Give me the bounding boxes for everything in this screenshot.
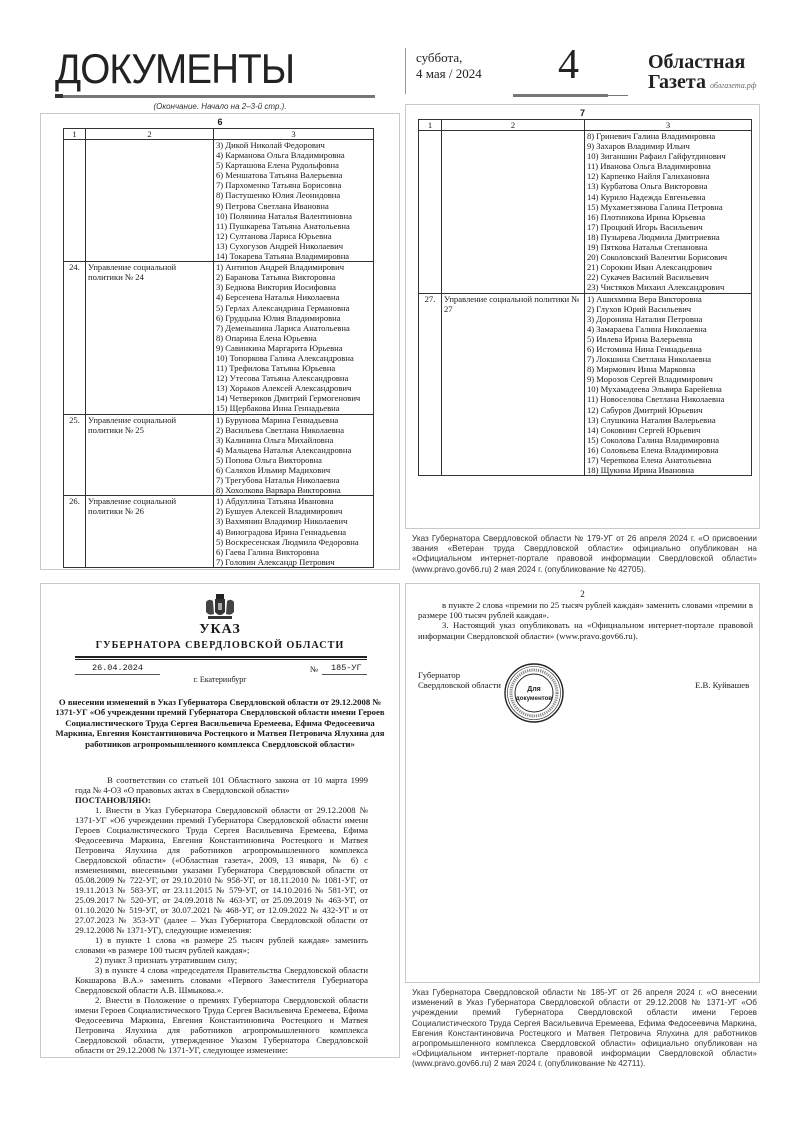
- awardee-name: 5) Воскресенская Людмила Федоровна: [216, 537, 371, 547]
- awardee-name: 14) Четвериков Дмитрий Гермогенович: [216, 393, 371, 403]
- header-divider: [405, 48, 406, 94]
- awardee-name: 14) Соковнин Сергей Юрьевич: [587, 425, 749, 435]
- awardee-name: 2) Васильева Светлана Николаевна: [216, 425, 371, 435]
- header-rule-accent: [55, 94, 63, 98]
- issue-weekday: суббота,: [416, 50, 482, 66]
- awardee-name: 9) Савинкина Маргарита Юрьевна: [216, 343, 371, 353]
- table-row: 3) Дикой Николай Федорович4) Карманова О…: [64, 140, 374, 262]
- awardee-name: 2) Глухов Юрий Васильевич: [587, 304, 749, 314]
- awardee-name: 23) Чистяков Михаил Александрович: [587, 282, 749, 292]
- issue-date: суббота, 4 мая / 2024: [416, 50, 482, 82]
- decree-heading: О внесении изменений в Указ Губернатора …: [55, 697, 385, 749]
- awardee-name: 18) Щукина Ирина Ивановна: [587, 465, 749, 475]
- awardee-name: 13) Слушкина Наталия Валерьевна: [587, 415, 749, 425]
- department-name: [442, 131, 585, 294]
- awardee-name: 7) Трегубова Наталья Николаевна: [216, 475, 371, 485]
- awardee-name: 5) Герлах Александрина Германовна: [216, 303, 371, 313]
- section-title: ДОКУМЕНТЫ: [55, 48, 294, 90]
- awardee-name: 8) Опарина Елена Юрьевна: [216, 333, 371, 343]
- caption-decree-185: Указ Губернатора Свердловской области № …: [412, 988, 757, 1070]
- awardee-list: 3) Дикой Николай Федорович4) Карманова О…: [214, 140, 374, 262]
- awardee-name: 9) Морозов Сергей Владимирович: [587, 374, 749, 384]
- decree-item-2: 2. Внести в Положение о премиях Губернат…: [75, 995, 368, 1055]
- decree-item-1-3: 3) в пункте 4 слова «председателя Правит…: [75, 965, 368, 995]
- awardee-name: 13) Курбатова Ольга Викторовна: [587, 181, 749, 191]
- coat-of-arms-icon: [203, 592, 237, 622]
- awardee-name: 4) Берсенева Наталья Николаевна: [216, 292, 371, 302]
- awardee-name: 14) Курило Надежда Евгеньевна: [587, 192, 749, 202]
- logo-website: облгазета.рф: [710, 81, 756, 90]
- signer-title-line2: Свердловской области: [418, 680, 501, 690]
- awardee-name: 6) Истомина Нина Геннадьевна: [587, 344, 749, 354]
- column-header: 2: [442, 120, 585, 131]
- department-name: Управление социальной политики № 26: [86, 496, 214, 568]
- awardee-name: 13) Хорьков Алексей Александрович: [216, 383, 371, 393]
- department-name: [86, 140, 214, 262]
- awardee-name: 4) Виноградова Ирина Геннадьевна: [216, 527, 371, 537]
- awardee-name: 10) Мухамадеева Эльвира Барейевна: [587, 384, 749, 394]
- caption-decree-179: Указ Губернатора Свердловской области № …: [412, 534, 757, 575]
- awardee-list: 8) Гриневич Галина Владимировна9) Захаро…: [585, 131, 752, 294]
- awardee-name: 18) Пузырева Людмила Дмитриевна: [587, 232, 749, 242]
- awardee-name: 1) Абдуллина Татьяна Ивановна: [216, 496, 371, 506]
- awardee-name: 4) Замараева Галина Николаевна: [587, 324, 749, 334]
- awardee-name: 6) Саляхов Ильмир Мадихович: [216, 465, 371, 475]
- awardee-name: 4) Карманова Ольга Владимировна: [216, 150, 371, 160]
- awardee-name: 17) Процкий Игорь Васильевич: [587, 222, 749, 232]
- logo-line2: Газета: [648, 71, 706, 93]
- awardee-name: 7) Головин Александр Петрович: [216, 557, 371, 567]
- table-row: 24.Управление социальной политики № 241)…: [64, 262, 374, 414]
- scan-page-number: 7: [406, 108, 759, 118]
- issue-day: 4 мая / 2024: [416, 66, 482, 82]
- awardee-name: 11) Иванова Ольга Владимировна: [587, 161, 749, 171]
- awardee-name: 1) Антипов Андрей Владимирович: [216, 262, 371, 272]
- awardee-table-right: 1 2 3 8) Гриневич Галина Владимировна9) …: [418, 119, 752, 476]
- awardee-name: 1) Бурунова Марина Геннадьевна: [216, 415, 371, 425]
- department-name: Управление социальной политики № 25: [86, 414, 214, 496]
- awardee-name: 19) Пяткова Наталья Степановна: [587, 242, 749, 252]
- header-rule: [55, 95, 375, 98]
- awardee-name: 3) Дикой Николай Федорович: [216, 140, 371, 150]
- department-name: Управление социальной политики № 24: [86, 262, 214, 414]
- row-number: 24.: [64, 262, 86, 414]
- decree-rule: [75, 656, 367, 658]
- continuation-note: (Окончание. Начало на 2–3-й стр.).: [40, 102, 400, 111]
- awardee-name: 6) Гаева Галина Викторовна: [216, 547, 371, 557]
- decree-item-1-2: 2) пункт 3 признать утратившим силу;: [75, 955, 368, 965]
- awardee-name: 12) Карпенко Найля Галихановна: [587, 171, 749, 181]
- decree-rule-thin: [75, 659, 367, 660]
- row-number: 27.: [419, 293, 442, 476]
- awardee-name: 10) Полянина Наталья Валентиновна: [216, 211, 371, 221]
- awardee-name: 11) Трефилова Татьяна Юрьевна: [216, 363, 371, 373]
- row-number: [419, 131, 442, 294]
- logo-line1: Областная: [648, 52, 756, 72]
- awardee-list: 1) Бурунова Марина Геннадьевна2) Василье…: [214, 414, 374, 496]
- page-number-rule: [513, 94, 608, 97]
- row-number: 25.: [64, 414, 86, 496]
- awardee-name: 6) Меншатова Татьяна Валерьевна: [216, 170, 371, 180]
- awardee-name: 7) Локшина Светлана Николаевна: [587, 354, 749, 364]
- decree-item-1: 1. Внести в Указ Губернатора Свердловско…: [75, 805, 368, 935]
- department-name: Управление социальной политики № 27: [442, 293, 585, 476]
- awardee-name: 13) Сухогузов Андрей Николаевич: [216, 241, 371, 251]
- awardee-name: 14) Токарева Татьяна Владимировна: [216, 251, 371, 261]
- awardee-name: 4) Мальцева Наталья Александровна: [216, 445, 371, 455]
- awardee-name: 22) Сукачев Василий Васильевич: [587, 272, 749, 282]
- awardee-name: 3) Вахмянин Владимир Николаевич: [216, 516, 371, 526]
- stamp-text-1: Для: [527, 686, 541, 693]
- awardee-list: 1) Ашихмина Вера Викторовна2) Глухов Юри…: [585, 293, 752, 476]
- column-header: 3: [214, 129, 374, 140]
- awardee-name: 9) Петрова Светлана Ивановна: [216, 201, 371, 211]
- page-number: 4: [558, 44, 579, 86]
- awardee-name: 1) Ашихмина Вера Викторовна: [587, 294, 749, 304]
- awardee-name: 8) Гриневич Галина Владимировна: [587, 131, 749, 141]
- page-number-rule-thin: [608, 95, 628, 96]
- awardee-name: 10) Зиганшин Рафаил Гайфутдинович: [587, 151, 749, 161]
- awardee-name: 8) Хохолкова Варвара Викторовна: [216, 485, 371, 495]
- decree-date: 26.04.2024: [92, 663, 143, 673]
- awardee-name: 3) Беднова Виктория Иосифовна: [216, 282, 371, 292]
- decree-item-1-1: 1) в пункте 1 слова «в размере 25 тысяч …: [75, 935, 368, 955]
- awardee-name: 5) Ивлева Ирина Валерьевна: [587, 334, 749, 344]
- official-stamp-icon: Для документов: [503, 662, 565, 724]
- awardee-list: 1) Антипов Андрей Владимирович2) Баранов…: [214, 262, 374, 414]
- column-header: 1: [419, 120, 442, 131]
- awardee-name: 10) Топоркова Галина Александровна: [216, 353, 371, 363]
- awardee-name: 8) Мирмович Инна Марковна: [587, 364, 749, 374]
- awardee-name: 7) Пархоменко Татьяна Борисовна: [216, 180, 371, 190]
- decree-item-2-text: в пункте 2 слова «премии по 25 тысяч руб…: [418, 600, 753, 620]
- awardee-name: 12) Сабуров Дмитрий Юрьевич: [587, 405, 749, 415]
- column-header: 1: [64, 129, 86, 140]
- awardee-name: 17) Черепкова Елена Анатольевна: [587, 455, 749, 465]
- awardee-name: 15) Соколова Галина Владимировна: [587, 435, 749, 445]
- awardee-name: 2) Бушуев Алексей Владимирович: [216, 506, 371, 516]
- list-page-6: 6 1 2 3 3) Дикой Николай Федорович4) Кар…: [40, 113, 400, 570]
- awardee-name: 5) Попова Ольга Викторовна: [216, 455, 371, 465]
- column-header: 2: [86, 129, 214, 140]
- row-number: 26.: [64, 496, 86, 568]
- decree-resolve: ПОСТАНОВЛЯЮ:: [75, 795, 368, 805]
- decree-continuation: в пункте 2 слова «премии по 25 тысяч руб…: [418, 600, 753, 641]
- awardee-table-left: 1 2 3 3) Дикой Николай Федорович4) Карма…: [63, 128, 374, 568]
- decree-issuer: ГУБЕРНАТОРА СВЕРДЛОВСКОЙ ОБЛАСТИ: [40, 640, 400, 651]
- awardee-name: 3) Доронина Наталия Петровна: [587, 314, 749, 324]
- awardee-name: 20) Соколовский Валентин Борисович: [587, 252, 749, 262]
- awardee-name: 2) Баранова Татьяна Викторовна: [216, 272, 371, 282]
- scan-page-number: 2: [406, 589, 759, 599]
- newspaper-logo: Областная Газетаоблгазета.рф: [648, 52, 756, 96]
- decree-item-3: 3. Настоящий указ опубликовать на «Офици…: [418, 620, 753, 640]
- table-row: 26.Управление социальной политики № 261)…: [64, 496, 374, 568]
- decree-number: 185-УГ: [331, 663, 362, 673]
- decree-city: г. Екатеринбург: [40, 675, 400, 684]
- awardee-name: 3) Калинина Ольга Михайловна: [216, 435, 371, 445]
- decree-scan-page-2: 2: [405, 583, 760, 983]
- table-row: 27.Управление социальной политики № 271)…: [419, 293, 752, 476]
- awardee-name: 11) Пушкарева Татьяна Анатольевна: [216, 221, 371, 231]
- decree-body: В соответствии со статьей 101 Областного…: [75, 775, 368, 1055]
- awardee-name: 11) Новоселова Светлана Николаевна: [587, 394, 749, 404]
- list-page-7: 7 1 2 3 8) Гриневич Галина Владимировна9…: [405, 104, 760, 529]
- awardee-name: 15) Мухаметзянова Галина Петровна: [587, 202, 749, 212]
- decree-preamble: В соответствии со статьей 101 Областного…: [75, 775, 368, 795]
- awardee-name: 7) Деменьшина Лариса Анатольевна: [216, 323, 371, 333]
- signer-name: Е.В. Куйвашев: [695, 680, 749, 690]
- awardee-name: 5) Карташова Елена Рудольфовна: [216, 160, 371, 170]
- awardee-name: 6) Грудцына Юлия Владимировна: [216, 313, 371, 323]
- column-header: 3: [585, 120, 752, 131]
- signer-title: Губернатор Свердловской области: [418, 670, 501, 691]
- awardee-list: 1) Абдуллина Татьяна Ивановна2) Бушуев А…: [214, 496, 374, 568]
- decree-title: УКАЗ: [40, 622, 400, 638]
- awardee-name: 8) Пастушенко Юлия Леонидовна: [216, 190, 371, 200]
- awardee-name: 9) Захаров Владимир Ильич: [587, 141, 749, 151]
- number-sign: №: [310, 664, 318, 674]
- scan-page-number: 6: [41, 117, 399, 127]
- awardee-name: 16) Соловьева Елена Владимировна: [587, 445, 749, 455]
- stamp-text-2: документов: [516, 695, 553, 702]
- table-row: 8) Гриневич Галина Владимировна9) Захаро…: [419, 131, 752, 294]
- table-row: 25.Управление социальной политики № 251)…: [64, 414, 374, 496]
- awardee-name: 12) Утесова Татьяна Александровна: [216, 373, 371, 383]
- signer-title-line1: Губернатор: [418, 670, 501, 680]
- awardee-name: 15) Щербакова Инна Геннадьевна: [216, 403, 371, 413]
- row-number: [64, 140, 86, 262]
- awardee-name: 21) Сорокин Иван Александрович: [587, 262, 749, 272]
- awardee-name: 16) Плотникова Ирина Юрьевна: [587, 212, 749, 222]
- awardee-name: 12) Султанова Лариса Юрьевна: [216, 231, 371, 241]
